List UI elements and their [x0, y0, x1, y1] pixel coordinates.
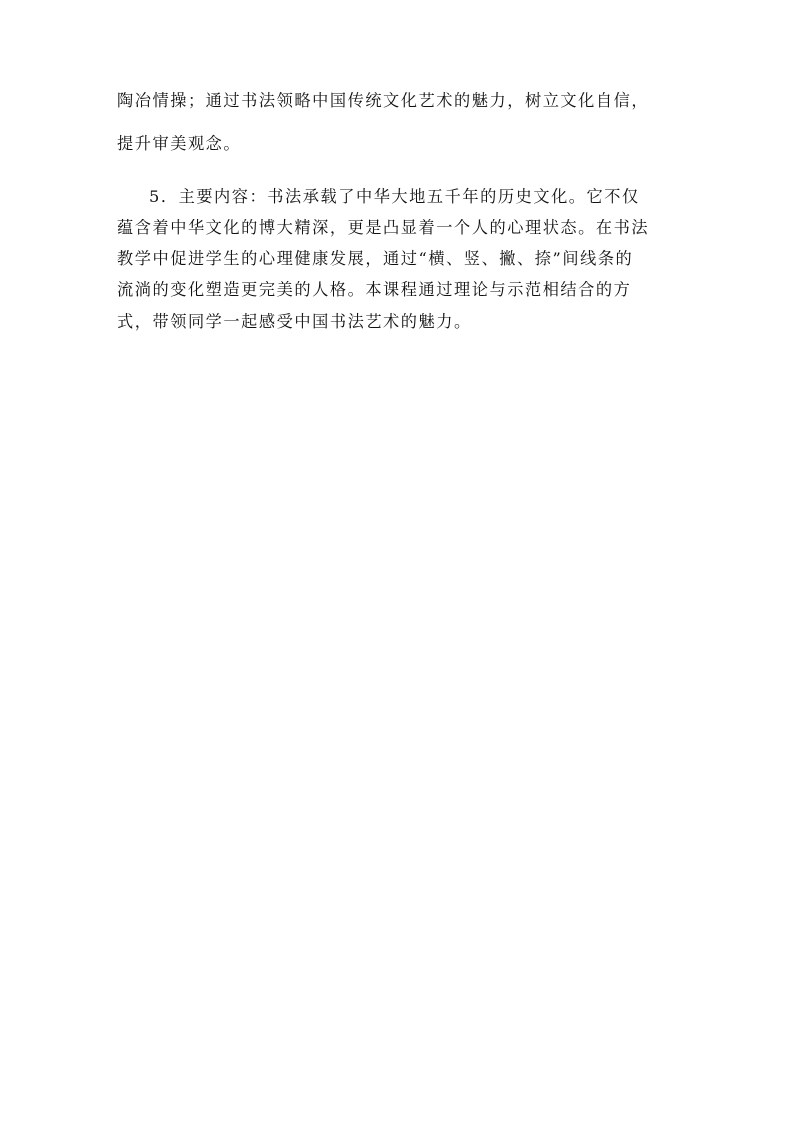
section-5-line: 教学中促进学生的心理健康发展，通过“横、竖、撇、捺”间线条的	[117, 245, 633, 269]
section-5-line: 流淌的变化塑造更完美的人格。本课程通过理论与示范相结合的方	[117, 276, 631, 300]
section-5-line: 蕴含着中华文化的博大精深，更是凸显着一个人的心理状态。在书法	[117, 214, 649, 238]
paragraph-line: 陶冶情操；通过书法领略中国传统文化艺术的魅力，树立文化自信，	[117, 87, 649, 111]
paragraph-line: 提升审美观念。	[117, 130, 241, 154]
section-5-line: 5．主要内容：书法承载了中华大地五千年的历史文化。它不仅	[149, 183, 640, 207]
section-5-line: 式，带领同学一起感受中国书法艺术的魅力。	[117, 308, 472, 332]
